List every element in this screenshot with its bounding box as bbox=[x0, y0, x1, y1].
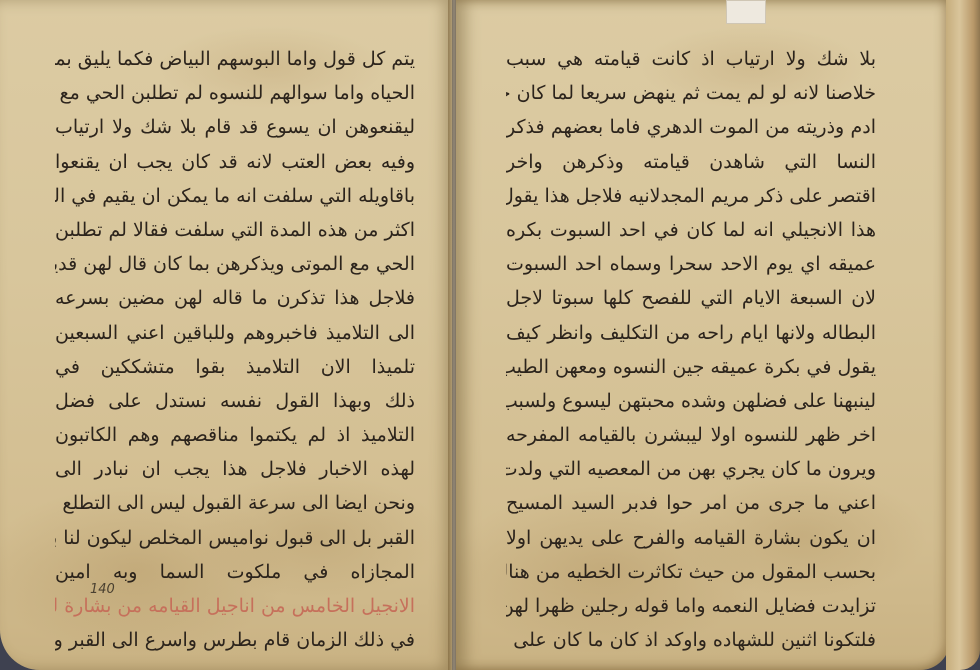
text-line: في ذلك الزمان قام بطرس واسرع الى القبر و… bbox=[55, 623, 415, 657]
text-line: فلتكونا اثنين للشهاده واوكد اذ كان ما كا… bbox=[506, 623, 876, 657]
manuscript-spread: يتم كل قول واما البوسهم البياض فكما يليق… bbox=[0, 0, 980, 670]
text-line: ادم وذريته من الموت الدهري فاما بعضهم فذ… bbox=[506, 110, 876, 144]
text-line: باقاويله التي سلفت انه ما يمكن ان يقيم ف… bbox=[55, 179, 415, 213]
text-line: الى التلاميذ فاخبروهم وللباقين اعني السب… bbox=[55, 316, 415, 350]
text-line: وفيه بعض العتب لانه قد كان يجب ان يقنعوا bbox=[55, 145, 415, 179]
text-line: يقول في بكرة عميقه جين النسوه ومعهن الطي… bbox=[506, 350, 876, 384]
page-edge bbox=[946, 0, 980, 670]
right-page: بلا شك ولا ارتياب اذ كانت قيامته هي سببخ… bbox=[456, 0, 950, 670]
folio-number: 140 bbox=[90, 582, 115, 597]
left-page-text: يتم كل قول واما البوسهم البياض فكما يليق… bbox=[55, 42, 415, 657]
text-line: الحي مع الموتى ويذكرهن بما كان قال لهن ق… bbox=[55, 247, 415, 281]
text-line: ان يكون بشارة القيامه والفرح على يديهن ا… bbox=[506, 521, 876, 555]
text-line: الحياه واما سوالهم للنسوه لم تطلبن الحي … bbox=[55, 76, 415, 110]
text-line: اكثر من هذه المدة التي سلفت فقالا لم تطل… bbox=[55, 213, 415, 247]
text-line: لهذه الاخبار فلاجل هذا يجب ان نبادر الى bbox=[55, 452, 415, 486]
text-line: يتم كل قول واما البوسهم البياض فكما يليق… bbox=[55, 42, 415, 76]
text-line: عميقه اي يوم الاحد سحرا وسماه احد السبوت bbox=[506, 247, 876, 281]
text-line: اقتصر على ذكر مريم المجدلانيه فلاجل هذا … bbox=[506, 179, 876, 213]
text-line: ويرون ما كان يجري بهن من المعصيه التي ول… bbox=[506, 452, 876, 486]
text-line: بلا شك ولا ارتياب اذ كانت قيامته هي سبب bbox=[506, 42, 876, 76]
text-line: اعني ما جرى من امر حوا فدبر السيد المسيح bbox=[506, 486, 876, 520]
text-line: القبر بل الى قبول نواميس المخلص ليكون لن… bbox=[55, 521, 415, 555]
text-line: خلاصنا لانه لو لم يمت ثم ينهض سريعا لما … bbox=[506, 76, 876, 110]
text-line: ليقنعوهن ان يسوع قد قام بلا شك ولا ارتيا… bbox=[55, 110, 415, 144]
text-line: بحسب المقول من حيث تكاثرت الخطيه من هناك bbox=[506, 555, 876, 589]
right-page-text: بلا شك ولا ارتياب اذ كانت قيامته هي سببخ… bbox=[506, 42, 876, 657]
text-line: ونحن ايضا الى سرعة القبول ليس الى التطلع… bbox=[55, 486, 415, 520]
text-line: اخر ظهر للنسوه اولا ليبشرن بالقيامه المف… bbox=[506, 418, 876, 452]
paper-tab bbox=[726, 0, 766, 24]
text-line: النسا التي شاهدن قيامته وذكرهن واخر bbox=[506, 145, 876, 179]
text-line: التلاميذ اذ لم يكتموا مناقصهم وهم الكاتب… bbox=[55, 418, 415, 452]
text-line: لان السبعة الايام التي للفصح كلها سبوتا … bbox=[506, 281, 876, 315]
text-line: تزايدت فضايل النعمه واما قوله رجلين ظهرا… bbox=[506, 589, 876, 623]
text-line: فلاجل هذا تذكرن ما قاله لهن مضين بسرعه bbox=[55, 281, 415, 315]
text-line: ذلك وبهذا القول نفسه نستدل على فضل bbox=[55, 384, 415, 418]
text-line: تلميذا الان التلاميذ بقوا متشككين في bbox=[55, 350, 415, 384]
text-line: هذا الانجيلي انه لما كان في احد السبوت ب… bbox=[506, 213, 876, 247]
text-line: لينبهنا على فضلهن وشده محبتهن ليسوع ولسب… bbox=[506, 384, 876, 418]
text-line: البطاله ولانها ايام راحه من التكليف وانظ… bbox=[506, 316, 876, 350]
left-page: يتم كل قول واما البوسهم البياض فكما يليق… bbox=[0, 0, 452, 670]
